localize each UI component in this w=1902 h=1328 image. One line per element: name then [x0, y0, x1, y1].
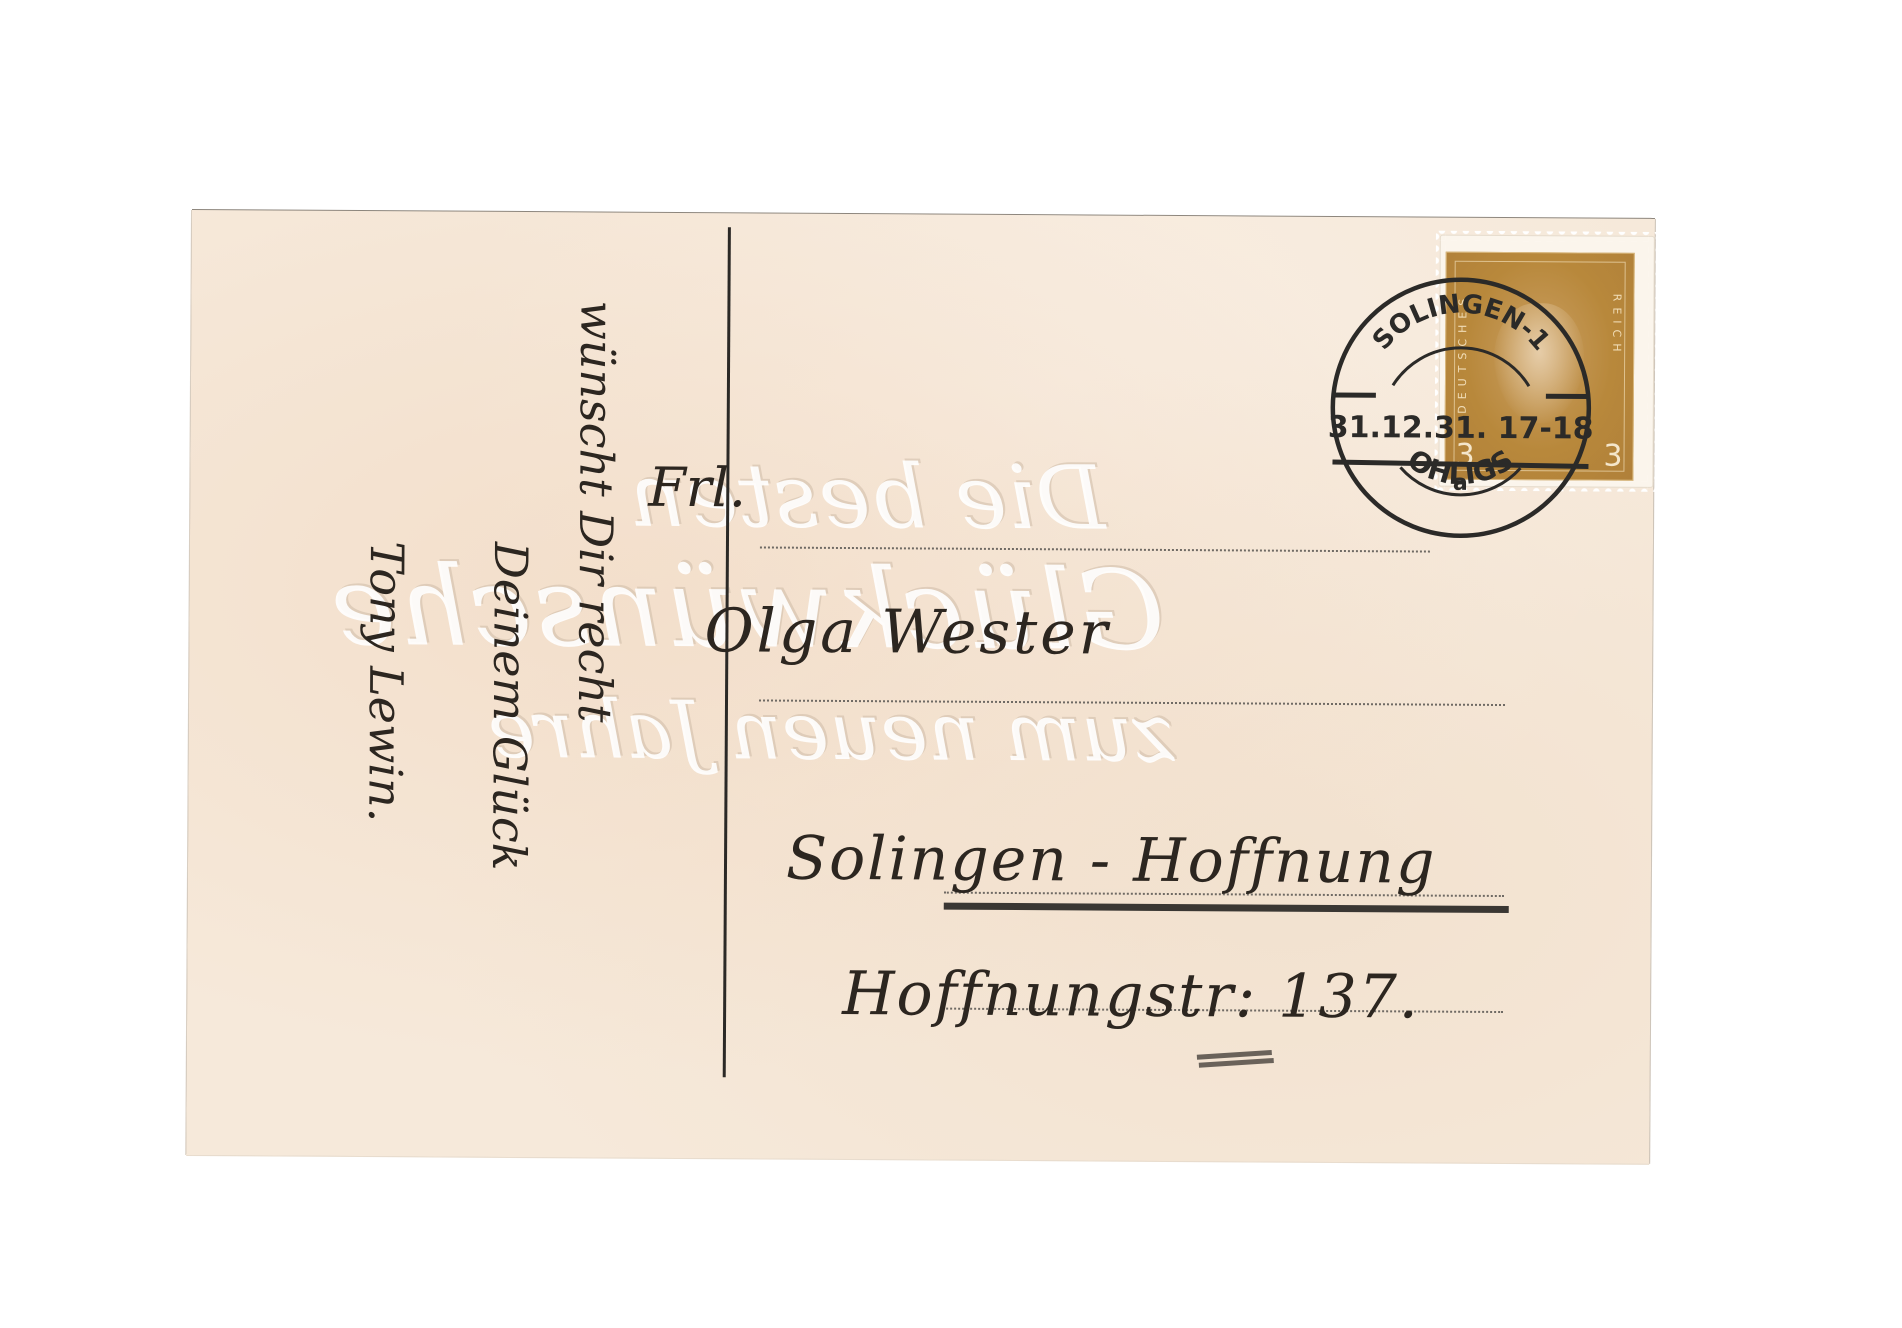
stamp-country-right: REICH: [1610, 294, 1623, 358]
message-signature: Tony Lewin.: [358, 541, 414, 822]
message-line-2: Deinem Glück: [482, 542, 538, 871]
postmark-date: 31.12.31. 17-18: [1328, 410, 1594, 447]
address-street: Hoffnungstr: 137.: [842, 959, 1420, 1033]
address-salutation: Frl.: [648, 456, 746, 520]
house-number-underline-2: [1199, 1058, 1274, 1068]
stamp-value-right: 3: [1603, 439, 1622, 474]
address-name: Olga Wester: [704, 596, 1110, 668]
message-line-1: wünscht Dir recht: [568, 300, 625, 722]
address-city: Solingen - Hoffnung: [786, 824, 1437, 898]
postcard: Die besten Glückwünsche zum neuen Jahre …: [186, 210, 1655, 1164]
postmark-cancel: SOLINGEN-1 31.12.31. 17-18 a OHLIGS: [1320, 257, 1602, 539]
postmark: SOLINGEN-1 31.12.31. 17-18 a OHLIGS: [1320, 257, 1602, 539]
destination-underline: [944, 903, 1509, 913]
